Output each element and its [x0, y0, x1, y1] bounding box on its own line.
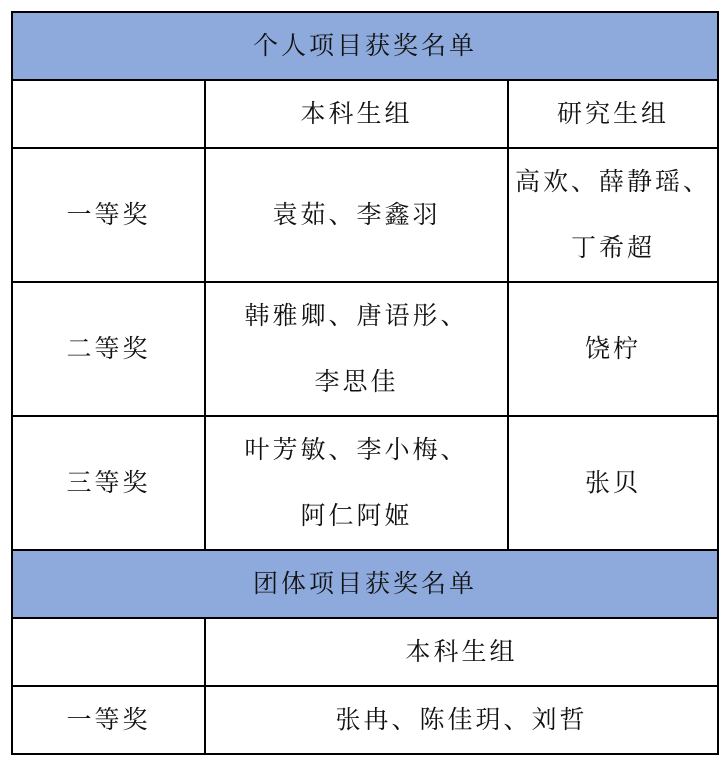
team-title: 团体项目获奖名单: [12, 550, 718, 618]
winner-line: 饶柠: [509, 316, 717, 382]
grad-winners: 饶柠: [508, 282, 718, 416]
awards-table: 个人项目获奖名单 本科生组 研究生组 一等奖 袁茹、李鑫羽 高欢、薛静瑶、 丁希…: [11, 11, 719, 755]
award-label: 二等奖: [12, 282, 205, 416]
award-label: 一等奖: [12, 686, 205, 754]
table-row: 二等奖 韩雅卿、唐语彤、 李思佳 饶柠: [12, 282, 718, 416]
winner-line: 阿仁阿姬: [206, 483, 507, 549]
undergrad-winners: 袁茹、李鑫羽: [205, 148, 508, 282]
column-header-undergrad: 本科生组: [205, 618, 718, 686]
table-row: 三等奖 叶芳敏、李小梅、 阿仁阿姬 张贝: [12, 416, 718, 550]
table-row: 一等奖 袁茹、李鑫羽 高欢、薛静瑶、 丁希超: [12, 148, 718, 282]
award-label: 三等奖: [12, 416, 205, 550]
undergrad-winners: 叶芳敏、李小梅、 阿仁阿姬: [205, 416, 508, 550]
undergrad-winners: 韩雅卿、唐语彤、 李思佳: [205, 282, 508, 416]
winner-line: 李思佳: [206, 349, 507, 415]
column-header-grad: 研究生组: [508, 80, 718, 148]
undergrad-winners: 张冉、陈佳玥、刘哲: [205, 686, 718, 754]
winner-line: 叶芳敏、李小梅、: [206, 417, 507, 483]
grad-winners: 张贝: [508, 416, 718, 550]
individual-title: 个人项目获奖名单: [12, 12, 718, 80]
winner-line: 张贝: [509, 450, 717, 516]
winner-line: 韩雅卿、唐语彤、: [206, 283, 507, 349]
corner-cell: [12, 80, 205, 148]
grad-winners: 高欢、薛静瑶、 丁希超: [508, 148, 718, 282]
corner-cell: [12, 618, 205, 686]
winner-line: 袁茹、李鑫羽: [206, 182, 507, 248]
award-label: 一等奖: [12, 148, 205, 282]
winner-line: 高欢、薛静瑶、: [509, 149, 717, 215]
column-header-undergrad: 本科生组: [205, 80, 508, 148]
winner-line: 丁希超: [509, 215, 717, 281]
table-row: 一等奖 张冉、陈佳玥、刘哲: [12, 686, 718, 754]
